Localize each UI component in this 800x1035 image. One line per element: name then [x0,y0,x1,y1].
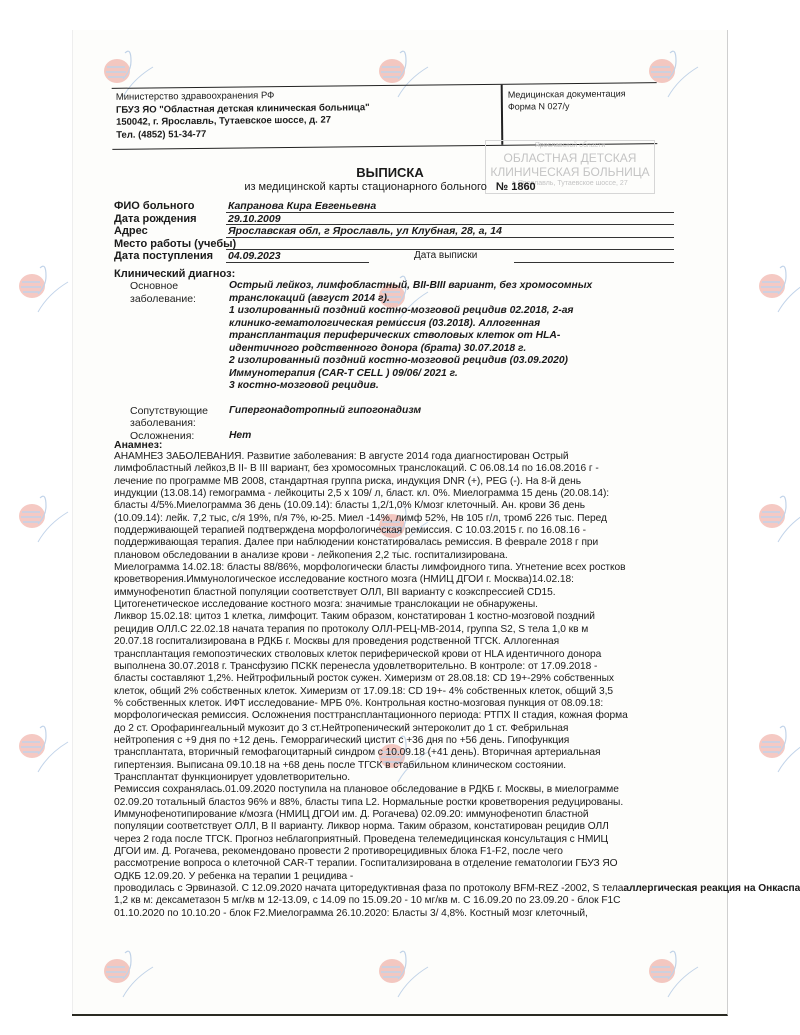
field-work: Место работы (учебы) [114,238,674,251]
anamnesis-line: индукции (13.08.14) гемограмма - лейкоци… [114,488,674,500]
diagnosis-line: Иммунотерапия (CAR-T CELL ) 09/06/ 2021 … [229,368,674,381]
anamnesis-line: морфологическая ремиссия. Осложнения пос… [114,710,674,722]
diagnosis-line: транслокаций (август 2014 г). [229,293,674,306]
anamnesis-line: (10.09.14): лейк. 7,2 тыс, с/я 19%, п/я … [114,513,674,525]
anamnesis-line: нейтропения с +9 дня по +12 день. Геморр… [114,735,674,747]
form-doc-type: Медицинская документация [508,87,626,100]
anamnesis-line: Миелограмма 14.02.18: бласты 88/86%, мор… [114,562,674,574]
anamnesis: Анамнез: АНАМНЕЗ ЗАБОЛЕВАНИЯ. Развитие з… [114,439,674,920]
anamnesis-line: трансплантата, вторичный гемофагоцитарны… [114,747,674,759]
watermark-logo-icon [750,720,800,780]
anamnesis-line: выполнена 30.07.2018 г. Трансфузию ПСКК … [114,661,674,673]
label-line: Сопутствующие [130,405,230,418]
watermark-logo-icon [10,490,80,550]
anamnesis-line: клеток, общий 2% собственных клеток. Хим… [114,686,674,698]
anamnesis-line: ОДКБ 12.09.20. У ребенка на терапии 1 ре… [114,871,674,883]
comorbid-label: Сопутствующие заболевания: [130,405,230,430]
stamp-line: ОБЛАСТНАЯ ДЕТСКАЯ [486,151,654,165]
allergy-highlight: аллергическая реакция на Онкаспар [623,883,800,894]
anamnesis-line: через 2 года после ТГСК. Прогноз неблаго… [114,834,674,846]
clinical-diagnosis: Клинический диагноз: Основное заболевани… [114,268,674,443]
field-label: ФИО больного [114,200,194,213]
organization-block: Министерство здравоохранения РФ ГБУЗ ЯО … [116,88,497,142]
anamnesis-line: Цитогенетическое исследование костного м… [114,599,674,611]
label-line: заболевание: [130,293,230,306]
field-label: Место работы (учебы) [114,238,236,251]
form-block: Медицинская документация Форма N 027/у [508,87,626,112]
field-dob: Дата рождения 29.10.2009 [114,213,674,226]
anamnesis-line: % собственных клеток. ИФТ исследование- … [114,698,674,710]
anamnesis-line: Ремиссия сохранялась.01.09.2020 поступил… [114,784,674,796]
diagnosis-line: 2 изолированный поздний костно-мозговой … [229,355,674,368]
main-disease-text: Острый лейкоз, лимфобластный, BII-BIII в… [229,280,674,393]
anamnesis-line: лимфобластный лейкоз,В II- В III вариант… [114,463,674,475]
anamnesis-line: кроветворения.Иммунологическое исследова… [114,574,674,586]
anamnesis-line: 01.10.2020 по 10.10.20 - блок F2.Миелогр… [114,908,674,920]
comorbid-text: Гипергонадотропный гипогонадизм [229,405,674,418]
comorbid-disease: Сопутствующие заболевания: Гипергонадотр… [114,405,674,418]
discharge-label: Дата выписки [414,250,477,263]
anamnesis-line: Трансплантат функционирует удовлетворите… [114,772,674,784]
anamnesis-heading: Анамнез: [114,439,674,451]
field-label: Дата рождения [114,213,197,226]
field-label: Адрес [114,225,148,238]
anamnesis-line: АНАМНЕЗ ЗАБОЛЕВАНИЯ. Развитие заболевани… [114,451,674,463]
anamnesis-line: Ликвор 15.02.18: цитоз 1 клетка, лимфоци… [114,611,674,623]
stamp-line: Ярославской области [486,141,654,151]
diagnosis-line: Острый лейкоз, лимфобластный, BII-BIII в… [229,280,674,293]
form-number: Форма N 027/у [508,99,626,112]
watermark-logo-icon [750,490,800,550]
anamnesis-line: гипертензия. Выписана 09.10.18 на +68 де… [114,760,674,772]
anamnesis-line: рецидив ОЛЛ.С 22.02.18 начата терапия по… [114,624,674,636]
diagnosis-line: 3 костно-мозговой рецидив. [229,380,674,393]
anamnesis-line: иммунофенотип бластной популяции соответ… [114,587,674,599]
discharge-underline [514,262,674,263]
diagnosis-line: клинико-гематологическая ремиссия (03.20… [229,318,674,331]
label-line: заболевания: [130,417,230,430]
anamnesis-line: бласты составляют 1,2%. Нейтрофильный ро… [114,673,674,685]
main-disease-label: Основное заболевание: [130,280,230,305]
anamnesis-line: трансплантация гемопоэтических стволовых… [114,649,674,661]
patient-fields: ФИО больного Капранова Кира Евгеньевна Д… [114,200,674,263]
anamnesis-line: популяции соответствует ОЛЛ, В II вариан… [114,821,674,833]
field-name: ФИО больного Капранова Кира Евгеньевна [114,200,674,213]
anamnesis-line: 20.07.18 госпитализирована в РДКБ г. Мос… [114,636,674,648]
anamnesis-line: бласты 4/5%.Миелограмма 36 день (10.09.1… [114,500,674,512]
main-disease: Основное заболевание: Острый лейкоз, лим… [114,280,674,393]
diagnosis-heading: Клинический диагноз: [114,268,674,280]
anamnesis-line: проводилась с Эрвиназой. С 12.09.2020 на… [114,883,674,895]
document-title: ВЫПИСКА [0,165,790,180]
watermark-logo-icon [750,260,800,320]
anamnesis-line: плановом обследовании в анализе крови - … [114,550,674,562]
watermark-logo-icon [10,720,80,780]
field-label: Дата поступления [114,250,213,263]
anamnesis-line: ДГОИ им. Д. Рогачева, рекомендовано пров… [114,846,674,858]
underline [226,262,369,263]
anamnesis-line: 1,2 кв м: дексаметазон 5 мг/кв м 12-13.0… [114,895,674,907]
anamnesis-line: лечение по программе МВ 2008, стандартна… [114,476,674,488]
field-address: Адрес Ярославская обл, г Ярославль, ул К… [114,225,674,238]
anamnesis-line: поддерживающей терапией подтверждена мор… [114,525,674,537]
anamnesis-line: поддерживающая терапия. Далее при наблюд… [114,537,674,549]
watermark-logo-icon [10,260,80,320]
field-admission: Дата поступления 04.09.2023 Дата выписки [114,250,674,263]
anamnesis-line: до 2 ст. Орофарингеальный мукозит до 3 с… [114,723,674,735]
anamnesis-line: 02.09.20 тотальный бластоз 96% и 88%, бл… [114,797,674,809]
diagnosis-line: идентичного родственного донора (брата) … [229,343,674,356]
label-line: Основное [130,280,230,293]
subtitle-text: из медицинской карты стационарного больн… [244,181,487,193]
record-number: № 1860 [496,181,536,193]
anamnesis-line: рассмотрение вопроса о клеточной CAR-T т… [114,858,674,870]
anamnesis-line: Иммунофенотипирование к/мозга (НМИЦ ДГОИ… [114,809,674,821]
diagnosis-line: 1 изолированный поздний костно-мозговой … [229,305,674,318]
diagnosis-line: трансплантация периферических стволовых … [229,330,674,343]
header-divider [501,85,503,145]
anamnesis-text: АНАМНЕЗ ЗАБОЛЕВАНИЯ. Развитие заболевани… [114,451,674,920]
document-subtitle: из медицинской карты стационарного больн… [0,181,790,193]
